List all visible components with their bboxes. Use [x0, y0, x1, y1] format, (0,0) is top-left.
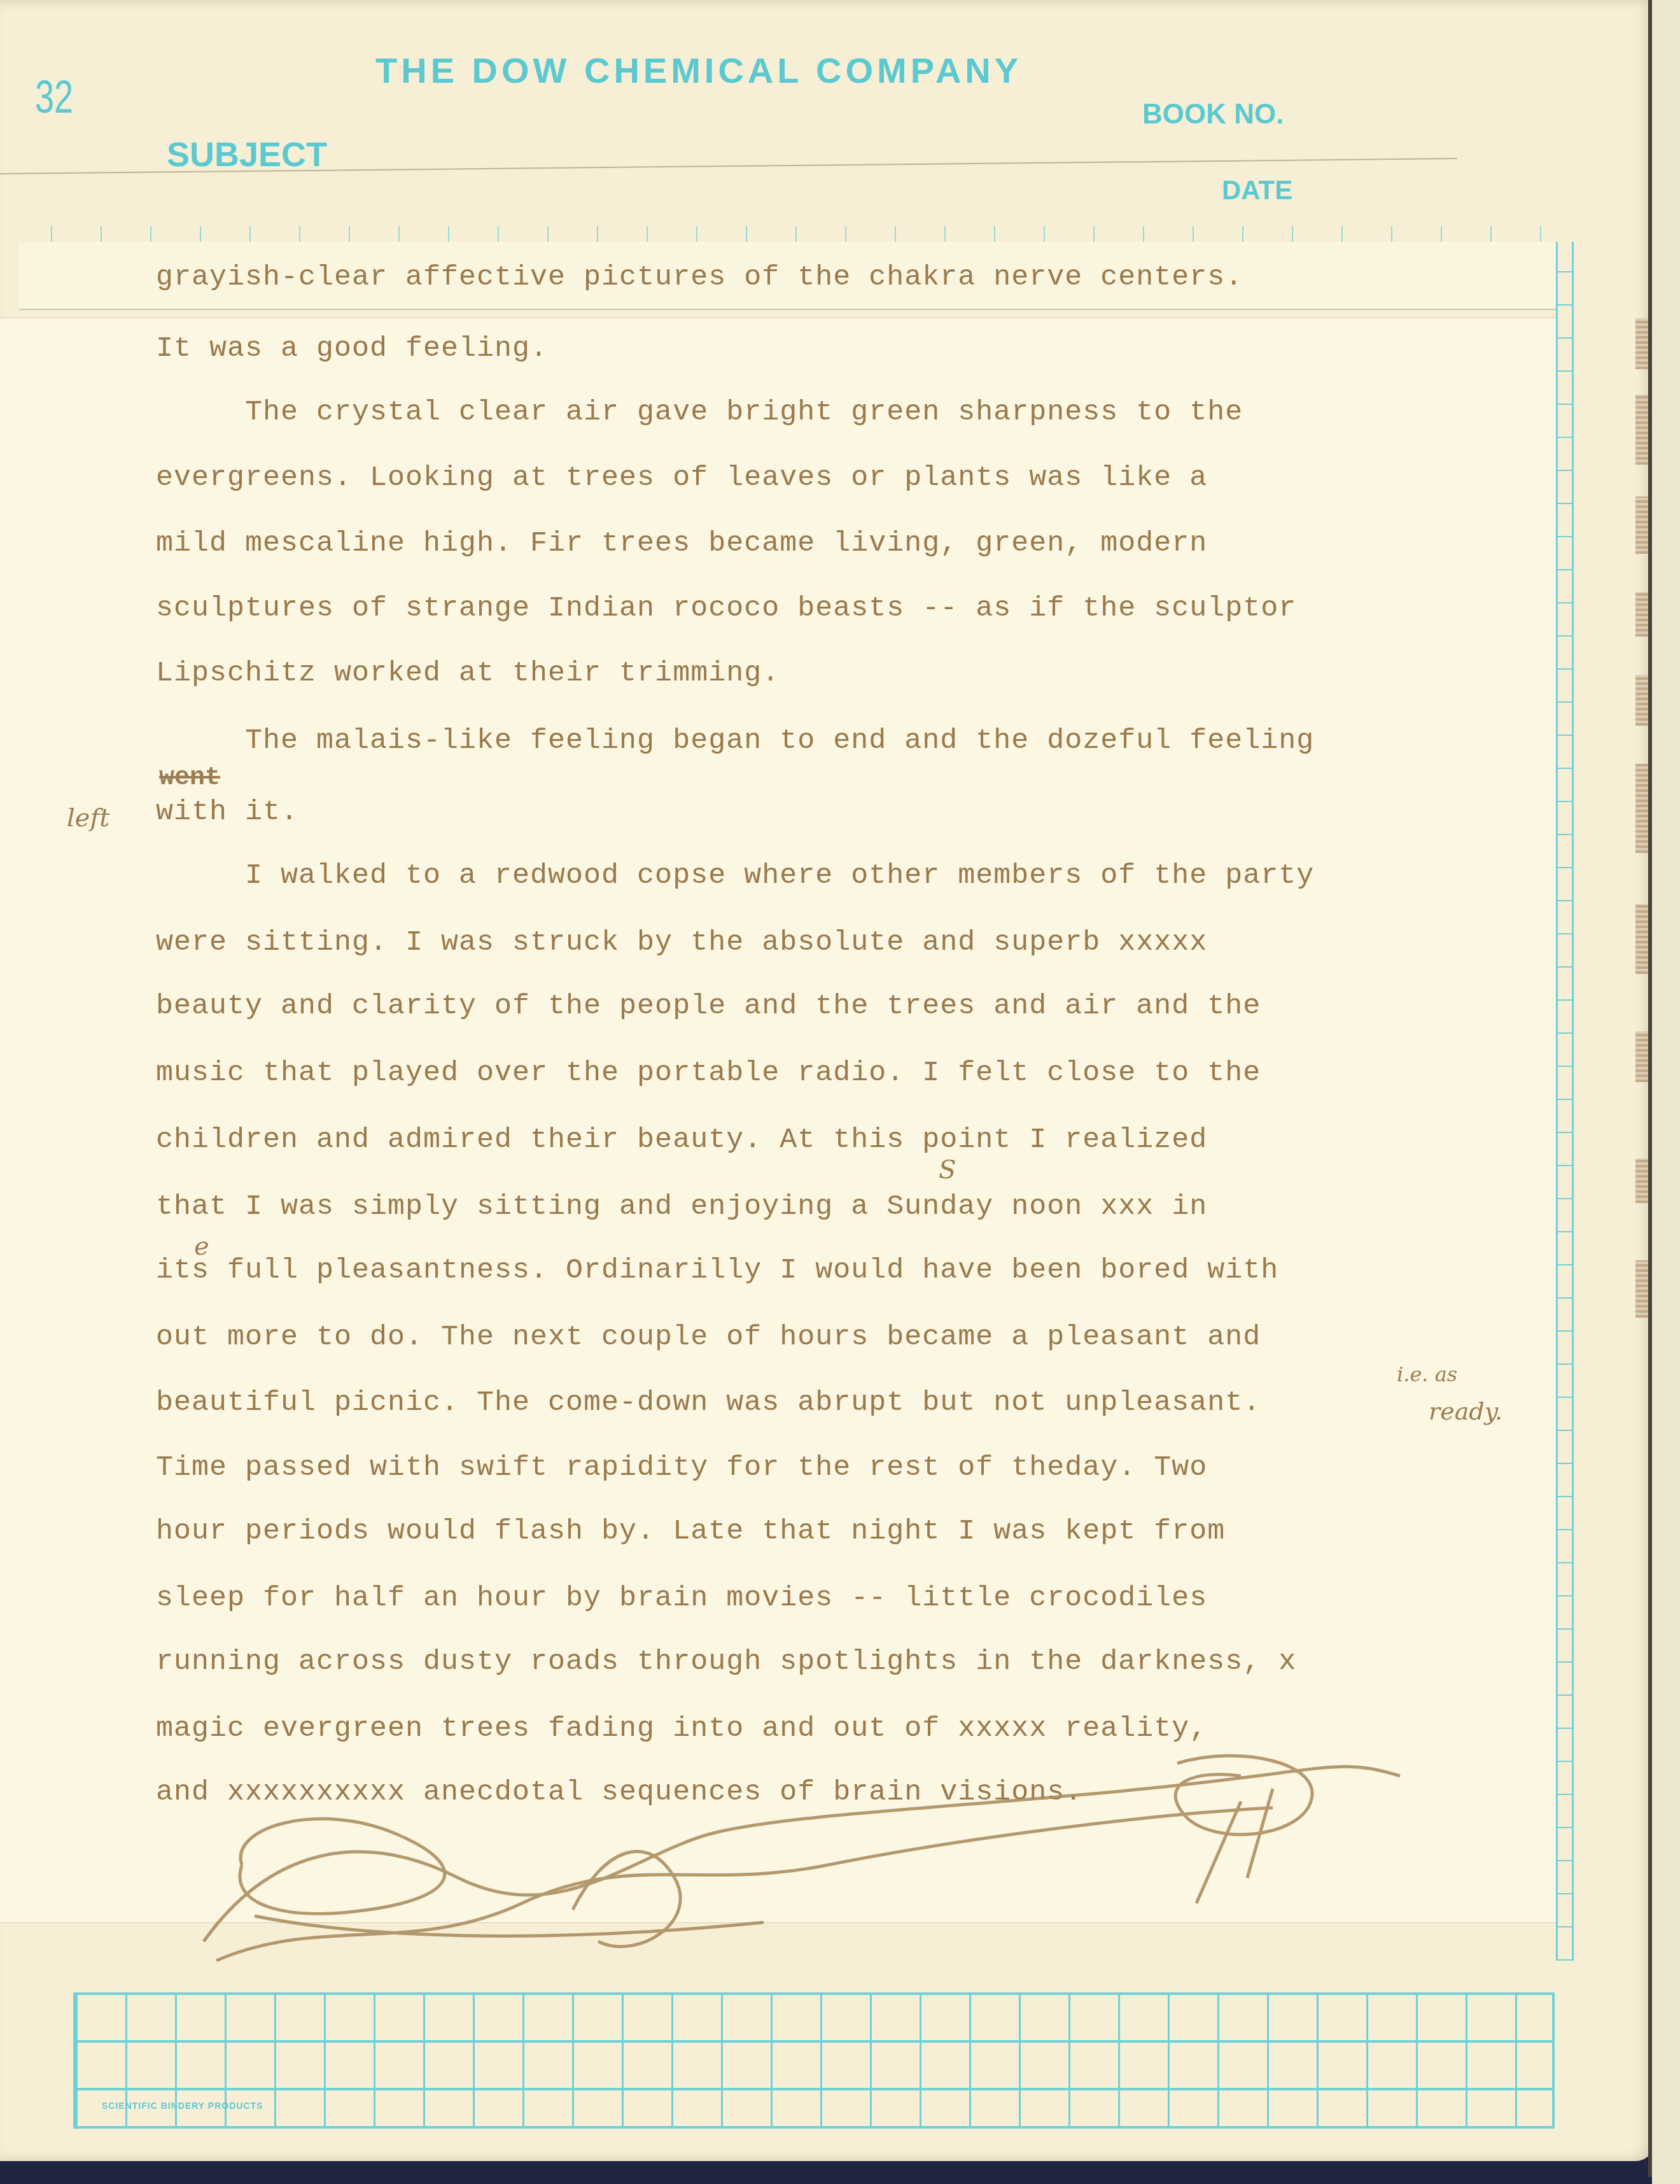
bindery-label: SCIENTIFIC BINDERY PRODUCTS — [102, 2101, 263, 2111]
grid-right-edge — [1556, 242, 1574, 1961]
typed-line: that I was simply sitting and enjoying a… — [156, 1190, 1207, 1223]
typed-line: beautiful picnic. The come-down was abru… — [156, 1386, 1261, 1419]
typed-line: I walked to a redwood copse where other … — [156, 859, 1314, 892]
typed-line: out more to do. The next couple of hours… — [156, 1321, 1261, 1353]
company-heading: THE DOW CHEMICAL COMPANY — [375, 50, 1022, 91]
typed-line: music that played over the portable radi… — [156, 1057, 1261, 1089]
margin-note-right-top: i.e. as — [1397, 1362, 1457, 1386]
typed-line: Time passed with swift rapidity for the … — [156, 1451, 1207, 1484]
margin-note-right-bottom: ready. — [1429, 1397, 1502, 1425]
notebook-page: 32 THE DOW CHEMICAL COMPANY BOOK NO. SUB… — [0, 0, 1655, 2161]
subject-label: SUBJECT — [167, 135, 327, 174]
typed-line: children and admired their beauty. At th… — [156, 1124, 1207, 1156]
sunday-correction-mark: S — [939, 1155, 956, 1185]
typed-line: hour periods would flash by. Late that n… — [156, 1515, 1225, 1547]
typed-line: sculptures of strange Indian rococo beas… — [156, 592, 1296, 624]
typed-line: grayish-clear affective pictures of the … — [156, 261, 1243, 293]
book-number-label: BOOK NO. — [1142, 99, 1284, 130]
typed-line: were sitting. I was struck by the absolu… — [156, 926, 1207, 959]
typed-line: with it. — [156, 796, 298, 828]
page-number: 32 — [35, 71, 73, 123]
adjacent-page-edge — [1652, 0, 1680, 2184]
typed-line: evergreens. Looking at trees of leaves o… — [156, 461, 1207, 494]
typed-line: The crystal clear air gave bright green … — [156, 396, 1243, 428]
typed-line: running across dusty roads through spotl… — [156, 1645, 1296, 1678]
typed-line: The malais-like feeling began to end and… — [156, 724, 1314, 757]
typed-line: its full pleasantness. Ordinarilly I wou… — [156, 1254, 1278, 1286]
typed-line: It was a good feeling. — [156, 332, 548, 365]
typed-line: beauty and clarity of the people and the… — [156, 990, 1261, 1022]
graph-grid-footer — [73, 1992, 1555, 2129]
grid-line — [76, 2040, 1552, 2043]
grid-line — [76, 2088, 1552, 2090]
typed-line: mild mescaline high. Fir trees became li… — [156, 527, 1207, 560]
grid-line — [76, 1992, 1552, 1995]
struck-word: went — [159, 764, 220, 793]
margin-note-left: left — [67, 803, 109, 833]
signature-scribble-icon — [191, 1751, 1438, 1980]
typed-line: magic evergreen trees fading into and ou… — [156, 1712, 1207, 1745]
typed-line: sleep for half an hour by brain movies -… — [156, 1582, 1207, 1614]
its-correction-mark: e — [194, 1232, 209, 1261]
typed-line: Lipschitz worked at their trimming. — [156, 657, 780, 689]
date-label: DATE — [1222, 175, 1292, 206]
